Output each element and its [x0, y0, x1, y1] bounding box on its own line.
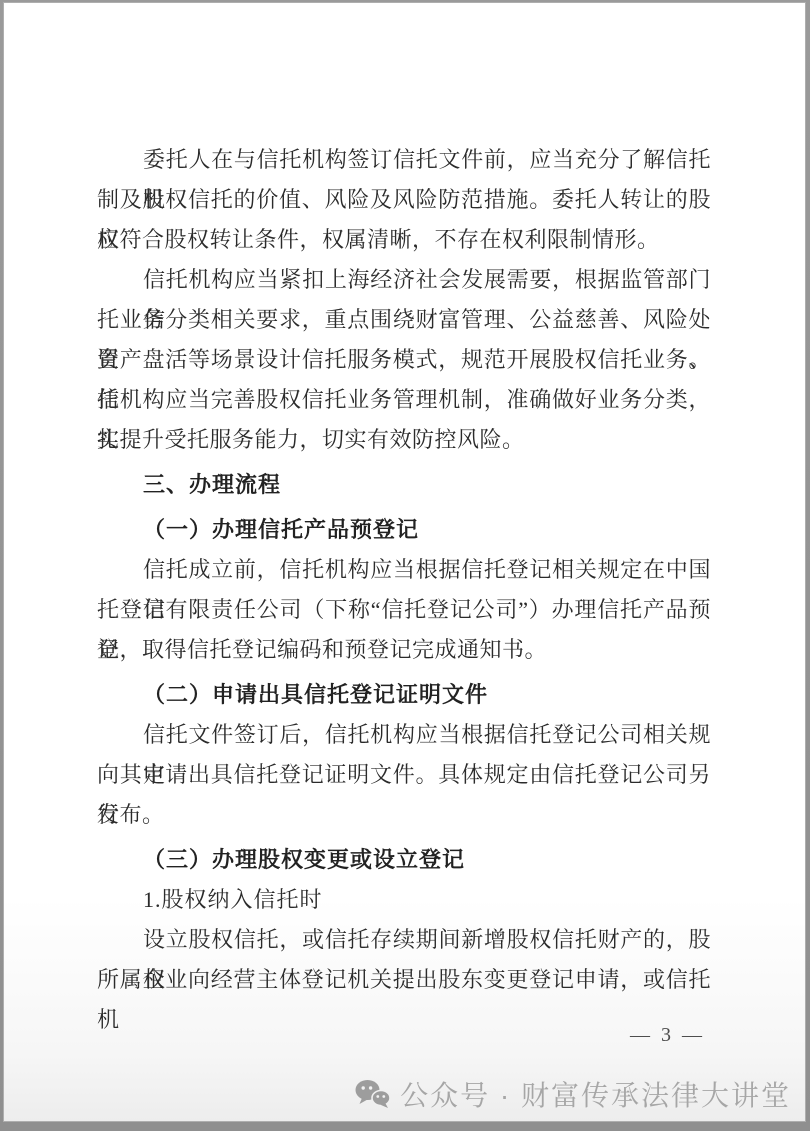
text-line: 委托人在与信托机构签订信托文件前，应当充分了解信托机: [97, 140, 711, 180]
watermark-footer: 公众号 · 财富传承法律大讲堂: [355, 1074, 791, 1114]
text-line: 发布。: [97, 795, 711, 835]
text-line: 1.股权纳入信托时: [97, 880, 711, 920]
screenshot-root: { "document": { "lines": [ { "text": "委托…: [0, 0, 810, 1131]
text-line: 信托机构应当紧扣上海经济社会发展需要，根据监管部门信: [97, 260, 711, 300]
text-line: 实提升受托服务能力，切实有效防控风险。: [97, 420, 711, 460]
text-line: 信托成立前，信托机构应当根据信托登记相关规定在中国信: [97, 550, 711, 590]
text-line: 向其申请出具信托登记证明文件。具体规定由信托登记公司另行: [97, 755, 711, 795]
wechat-icon: [355, 1079, 391, 1109]
heading-line: （一）办理信托产品预登记: [97, 510, 711, 550]
text-line: 托业务分类相关要求，重点围绕财富管理、公益慈善、风险处置、: [97, 300, 711, 340]
heading-line: （二）申请出具信托登记证明文件: [97, 675, 711, 715]
text-line: 应符合股权转让条件，权属清晰，不存在权利限制情形。: [97, 220, 711, 260]
text-line: 托机构应当完善股权信托业务管理机制，准确做好业务分类，扎: [97, 380, 711, 420]
heading-line: （三）办理股权变更或设立登记: [97, 840, 711, 880]
text-line: 信托文件签订后，信托机构应当根据信托登记公司相关规定: [97, 715, 711, 755]
document-page: 委托人在与信托机构签订信托文件前，应当充分了解信托机制及股权信托的价值、风险及风…: [3, 2, 806, 1122]
heading-line: 三、办理流程: [97, 465, 711, 505]
page-number: — 3 —: [4, 1024, 805, 1047]
text-line: 托登记有限责任公司（下称“信托登记公司”）办理信托产品预登: [97, 590, 711, 630]
text-line: 资产盘活等场景设计信托服务模式，规范开展股权信托业务。信: [97, 340, 711, 380]
text-line: 记，取得信托登记编码和预登记完成通知书。: [97, 630, 711, 670]
text-line: 所属企业向经营主体登记机关提出股东变更登记申请，或信托机: [97, 960, 711, 1000]
watermark-text: 公众号 · 财富传承法律大讲堂: [400, 1074, 791, 1114]
document-body: 委托人在与信托机构签订信托文件前，应当充分了解信托机制及股权信托的价值、风险及风…: [4, 3, 805, 1000]
text-line: 设立股权信托，或信托存续期间新增股权信托财产的，股权: [97, 920, 711, 960]
scan-background: 委托人在与信托机构签订信托文件前，应当充分了解信托机制及股权信托的价值、风险及风…: [0, 0, 810, 1131]
text-line: 制及股权信托的价值、风险及风险防范措施。委托人转让的股权: [97, 180, 711, 220]
